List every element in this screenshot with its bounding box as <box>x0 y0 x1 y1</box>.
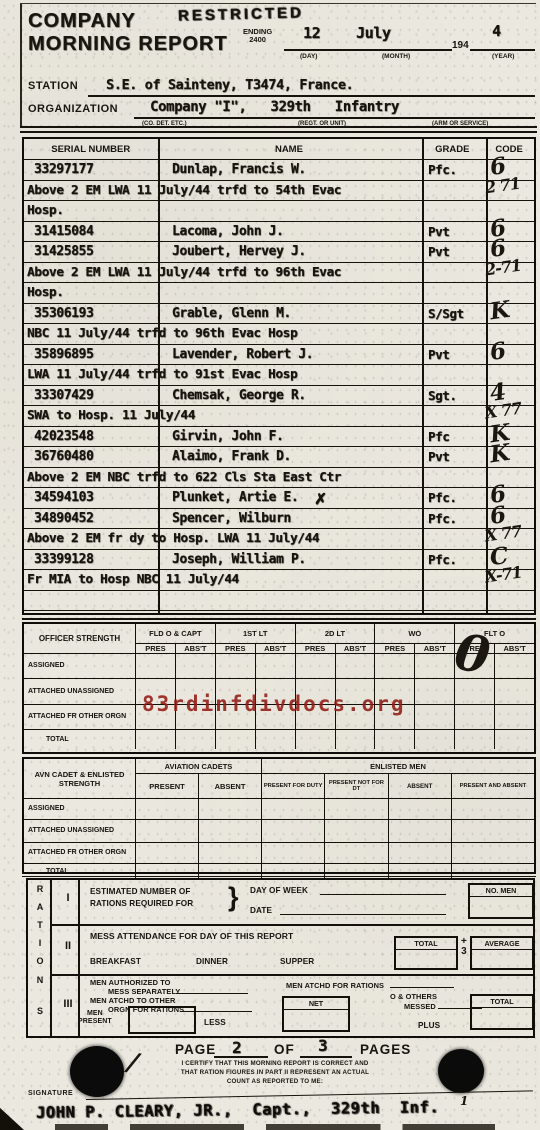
strength-cell <box>136 654 176 678</box>
soldier-name: Plunket, Artie E.✗ <box>172 490 298 505</box>
strength-cell <box>495 730 534 749</box>
pages-label: PAGES <box>360 1042 411 1057</box>
remark-text: Hosp. <box>27 285 64 300</box>
grade-value: Pvt <box>428 347 449 362</box>
officer-total-cells <box>136 730 534 749</box>
morning-report-scan: COMPANY MORNING REPORT RESTRICTED ENDING… <box>0 0 540 1130</box>
soldier-name: Joseph, William P. <box>172 552 306 567</box>
rations-section: RATIONS I II III ESTIMATED NUMBER OF RAT… <box>26 878 535 1038</box>
strength-cell <box>216 730 256 749</box>
rations-numeral-2: II <box>59 940 77 952</box>
grade-value: S/Sgt <box>428 306 464 321</box>
strength-cell <box>199 843 262 863</box>
enlisted-strength-corner-label: AVN CADET & ENLISTED STRENGTH <box>24 759 136 798</box>
enlisted-attached-unassigned-cells <box>136 820 534 842</box>
row-attached-unassigned: ATTACHED UNASSIGNED <box>24 820 136 842</box>
serial-number: 33307429 <box>34 388 93 403</box>
roster-entry-row <box>24 591 534 612</box>
strength-cell <box>455 730 495 749</box>
enlisted-assigned-cells <box>136 799 534 819</box>
station-label: STATION <box>28 80 78 92</box>
roster-header-row: SERIAL NUMBER NAME GRADE CODE <box>24 139 534 160</box>
page-label: PAGE <box>175 1042 216 1057</box>
section-rule-1 <box>22 618 536 620</box>
watermark: 83rdinfdivdocs.org <box>142 692 406 716</box>
men-atchd-rations-line <box>390 978 454 988</box>
row-attached-fr-other: ATTACHED FR OTHER ORGN <box>24 705 136 729</box>
men-present-label: MEN PRESENT <box>78 1010 112 1026</box>
mess-separately-label: MESS SEPARATELY <box>108 987 180 996</box>
strength-cell <box>415 654 455 678</box>
strength-cell <box>296 654 336 678</box>
rations-divider-2 <box>50 974 533 976</box>
day-of-week-label: DAY OF WEEK <box>250 886 308 895</box>
present-word: PRESENT <box>78 1018 112 1025</box>
o-and-others-label: O & OTHERS <box>390 992 437 1001</box>
sub-abst: ABS'T <box>415 644 455 653</box>
sub-pres: PRES <box>296 644 336 653</box>
serial-number: 34890452 <box>34 511 93 526</box>
strength-cell <box>262 843 325 863</box>
rations-numeral-3: III <box>57 998 79 1010</box>
remark-text: Hosp. <box>27 203 64 218</box>
strength-cell <box>375 730 415 749</box>
total-pages: 3 <box>318 1036 327 1055</box>
remark-text: SWA to Hosp. 11 July/44 <box>27 408 195 423</box>
rations-letter: S <box>32 1006 48 1016</box>
serial-number: 33399128 <box>34 552 93 567</box>
row-attached-unassigned: ATTACHED UNASSIGNED <box>24 679 136 704</box>
brace: } <box>228 882 239 913</box>
net-box-label: NET <box>284 998 348 1010</box>
grade-value: Pvt <box>428 224 449 239</box>
strength-cell <box>136 730 176 749</box>
handwritten-code: X-71 <box>484 565 523 586</box>
form-frame-left <box>20 4 22 128</box>
strength-cell <box>452 799 534 819</box>
roster-entry-row: 42023548Girvin, John F.PfcK <box>24 427 534 448</box>
roster-remark-row: Above 2 EM LWA 11 July/44 trfd to 54th E… <box>24 181 534 202</box>
strength-cell <box>495 679 534 704</box>
year-value: 4 <box>492 22 501 40</box>
strength-cell <box>495 654 534 678</box>
net-box: NET <box>282 996 350 1032</box>
group-1st-lt: 1ST LT <box>216 624 296 643</box>
soldier-name: Dunlap, Francis W. <box>172 162 306 177</box>
remark-text: Fr MIA to Hosp NBC 11 July/44 <box>27 572 239 587</box>
men-present-box <box>128 1006 196 1034</box>
rations-letter: O <box>32 956 48 966</box>
strength-cell <box>415 679 455 704</box>
rations-estimated-line1: ESTIMATED NUMBER OF <box>90 887 190 896</box>
roster-remark-row: Hosp. <box>24 201 534 222</box>
year-underline <box>470 30 535 51</box>
handwritten-code: K <box>488 297 511 323</box>
serial-number: 36760480 <box>34 449 93 464</box>
rations-numeral-1: I <box>61 892 75 904</box>
strength-cell <box>495 705 534 729</box>
sub-av-present: PRESENT <box>136 774 199 798</box>
mess-separately-line <box>176 984 248 994</box>
rations-letter: N <box>32 975 48 985</box>
handwritten-code: 2 71 <box>484 175 521 196</box>
roster-body: 33297177Dunlap, Francis W.Pfc.6Above 2 E… <box>24 160 534 611</box>
strength-cell <box>216 654 256 678</box>
sub-av-absent: ABSENT <box>199 774 262 798</box>
sub-en-present-and-absent: PRESENT AND ABSENT <box>452 774 534 798</box>
remark-text: LWA 11 July/44 trfd to 91st Evac Hosp <box>27 367 297 382</box>
less-label: LESS <box>204 1018 226 1027</box>
messed-label: MESSED <box>404 1002 436 1011</box>
soldier-name: Chemsak, George R. <box>172 388 306 403</box>
sub-abst: ABS'T <box>336 644 376 653</box>
certification-line-1: I CERTIFY THAT THIS MORNING REPORT IS CO… <box>135 1060 415 1067</box>
header-rule-1 <box>20 126 537 128</box>
roster-remark-row: Fr MIA to Hosp NBC 11 July/44X-71 <box>24 570 534 591</box>
no-men-box: NO. MEN <box>468 883 534 919</box>
meal-supper: SUPPER <box>280 957 314 966</box>
group-aviation-cadets: AVIATION CADETS <box>136 759 262 773</box>
rations-letter: T <box>32 920 48 930</box>
mess-total-box-label: TOTAL <box>396 938 456 950</box>
strength-cell <box>136 799 199 819</box>
group-2d-lt: 2D LT <box>296 624 376 643</box>
grade-value: Pfc. <box>428 162 457 177</box>
strength-cell <box>199 820 262 842</box>
soldier-name: Girvin, John F. <box>172 429 283 444</box>
of-label: OF <box>274 1042 295 1057</box>
day-value: 12 <box>303 24 320 42</box>
group-enlisted-men: ENLISTED MEN <box>262 759 534 773</box>
strength-cell <box>452 843 534 863</box>
bottom-smudge-bar <box>55 1124 495 1130</box>
strength-cell <box>256 654 296 678</box>
rations-total-box-label: TOTAL <box>472 996 532 1008</box>
section-rule-2 <box>22 876 536 878</box>
strength-cell <box>389 843 452 863</box>
roster-entry-row: 34890452Spencer, WilburnPfc.6 <box>24 509 534 530</box>
form-title-line2: MORNING REPORT <box>28 33 228 56</box>
rations-letter: I <box>32 938 48 948</box>
roster-entry-row: 35896895Lavender, Robert J.Pvt6 <box>24 345 534 366</box>
col-serial-number: SERIAL NUMBER <box>24 144 157 155</box>
group-wo: WO <box>375 624 455 643</box>
page-number: 2 <box>232 1038 241 1057</box>
handwritten-code: K <box>488 441 511 467</box>
rations-strip-divider <box>50 880 52 1036</box>
group-fld-o-capt: FLD O & CAPT <box>136 624 216 643</box>
date-label: DATE <box>250 906 272 915</box>
soldier-name: Lavender, Robert J. <box>172 347 313 362</box>
grade-value: Pfc <box>428 429 449 444</box>
enlisted-strength-table: AVN CADET & ENLISTED STRENGTH AVIATION C… <box>22 757 536 874</box>
strength-cell <box>256 730 296 749</box>
roster-entry-row: 34594103Plunket, Artie E.✗Pfc.6 <box>24 488 534 509</box>
strength-cell <box>375 654 415 678</box>
signature-label: SIGNATURE <box>28 1090 73 1097</box>
day-of-week-line <box>320 882 446 895</box>
roster-entry-row: 31425855Joubert, Hervey J.Pvt6 <box>24 242 534 263</box>
roster-entry-row: 35306193Grable, Glenn M.S/SgtK <box>24 304 534 325</box>
serial-number: 42023548 <box>34 429 93 444</box>
enlisted-attached-other-cells <box>136 843 534 863</box>
roster-remark-row: SWA to Hosp. 11 July/44X 77 <box>24 406 534 427</box>
no-men-box-label: NO. MEN <box>470 885 532 897</box>
organization-value: Company "I", 329th Infantry <box>150 99 399 115</box>
signed-name: JOHN P. CLEARY, JR., Capt., 329th Inf. <box>36 1098 439 1122</box>
strength-cell <box>389 820 452 842</box>
day-sublabel: (DAY) <box>300 53 317 60</box>
strength-cell <box>262 799 325 819</box>
row-assigned: ASSIGNED <box>24 654 136 678</box>
sub-pres: PRES <box>136 644 176 653</box>
men-authorized-label: MEN AUTHORIZED TO <box>90 978 171 987</box>
restricted-stamp: RESTRICTED <box>178 4 304 24</box>
personnel-roster-table: SERIAL NUMBER NAME GRADE CODE 33297177Du… <box>22 137 536 615</box>
serial-number: 33297177 <box>34 162 93 177</box>
roster-remark-row: Above 2 EM NBC trfd to 622 Cls Sta East … <box>24 468 534 489</box>
remark-text: NBC 11 July/44 trfd to 96th Evac Hosp <box>27 326 297 341</box>
mess-total-box: TOTAL <box>394 936 458 970</box>
roster-entry-row: 33399128Joseph, William P.Pfc.C <box>24 550 534 571</box>
average-box: AVERAGE <box>470 936 534 970</box>
remark-text: Above 2 EM LWA 11 July/44 trfd to 96th E… <box>27 265 341 280</box>
plus-label: PLUS <box>418 1021 440 1030</box>
organization-label: ORGANIZATION <box>28 103 118 115</box>
strength-cell <box>176 654 216 678</box>
meal-breakfast: BREAKFAST <box>90 957 141 966</box>
sub-en-absent: ABSENT <box>389 774 452 798</box>
rations-divider-1 <box>50 924 533 926</box>
handwritten-code: 6 <box>488 338 507 363</box>
strength-cell <box>296 730 336 749</box>
divide-number: 3 <box>461 946 467 957</box>
grade-value: Pfc. <box>428 511 457 526</box>
strength-cell <box>136 820 199 842</box>
sub-abst: ABS'T <box>256 644 296 653</box>
strength-cell <box>455 705 495 729</box>
handwritten-code: 2-71 <box>484 257 522 278</box>
rations-letter: A <box>32 902 48 912</box>
sub-en-present-not: PRESENT NOT FOR DT <box>325 774 388 798</box>
roster-remark-row: NBC 11 July/44 trfd to 96th Evac Hosp <box>24 324 534 345</box>
serial-number: 34594103 <box>34 490 93 505</box>
row-attached-fr-other: ATTACHED FR OTHER ORGN <box>24 843 136 863</box>
station-value: S.E. of Sainteny, T3474, France. <box>106 77 353 93</box>
roster-entry-row: 36760480Alaimo, Frank D.PvtK <box>24 447 534 468</box>
roster-entry-row: 31415084Lacoma, John J.Pvt6 <box>24 222 534 243</box>
strength-cell <box>389 799 452 819</box>
strength-cell <box>336 730 376 749</box>
strength-cell <box>415 730 455 749</box>
strength-cell <box>199 799 262 819</box>
strength-cell <box>415 705 455 729</box>
rations-estimated-line2: RATIONS REQUIRED FOR <box>90 899 193 908</box>
sub-pres: PRES <box>216 644 256 653</box>
divide-by-three: + 3 <box>461 937 467 957</box>
month-value: July <box>356 24 391 42</box>
date-line <box>280 902 446 915</box>
roster-entry-row: 33297177Dunlap, Francis W.Pfc.6 <box>24 160 534 181</box>
rations-letter: R <box>32 884 48 894</box>
remark-text: Above 2 EM NBC trfd to 622 Cls Sta East … <box>27 470 341 485</box>
officer-strength-corner-label: OFFICER STRENGTH <box>24 624 136 653</box>
grade-value: Pfc. <box>428 490 457 505</box>
men-atchd-other-label: MEN ATCHD TO OTHER <box>90 996 175 1005</box>
serial-number: 35896895 <box>34 347 93 362</box>
roster-remark-row: Hosp. <box>24 283 534 304</box>
strength-cell <box>262 820 325 842</box>
roster-entry-row: 33307429Chemsak, George R.Sgt.4 <box>24 386 534 407</box>
strength-cell <box>136 843 199 863</box>
men-atchd-rations-label: MEN ATCHD FOR RATIONS <box>286 981 384 990</box>
handwritten-one: 1 <box>460 1094 468 1108</box>
sub-abst: ABS'T <box>176 644 216 653</box>
mess-attendance-title: MESS ATTENDANCE FOR DAY OF THIS REPORT <box>90 931 293 941</box>
certification-line-2: THAT RATION FIGURES IN PART II REPRESENT… <box>135 1069 415 1076</box>
soldier-name: Spencer, Wilburn <box>172 511 291 526</box>
row-assigned: ASSIGNED <box>24 799 136 819</box>
soldier-name: Alaimo, Frank D. <box>172 449 291 464</box>
form-title-line1: COMPANY <box>28 10 136 33</box>
roster-remark-row: Above 2 EM fr dy to Hosp. LWA 11 July/44… <box>24 529 534 550</box>
remark-text: Above 2 EM fr dy to Hosp. LWA 11 July/44 <box>27 531 319 546</box>
ending-2400: 2400 <box>249 35 266 44</box>
sub-pres: PRES <box>375 644 415 653</box>
month-sublabel: (MONTH) <box>382 53 410 60</box>
soldier-name: Grable, Glenn M. <box>172 306 291 321</box>
remark-text: Above 2 EM LWA 11 July/44 trfd to 54th E… <box>27 183 341 198</box>
roster-remark-row: Above 2 EM LWA 11 July/44 trfd to 96th E… <box>24 263 534 284</box>
strength-cell <box>325 843 388 863</box>
strength-cell <box>336 654 376 678</box>
header-rule-2 <box>20 131 537 133</box>
grade-value: Pvt <box>428 244 449 259</box>
strength-cell <box>325 820 388 842</box>
men-word: MEN <box>87 1010 103 1017</box>
strength-cell <box>325 799 388 819</box>
strength-cell <box>452 820 534 842</box>
strength-cell <box>176 730 216 749</box>
average-box-label: AVERAGE <box>472 938 532 950</box>
serial-number: 31425855 <box>34 244 93 259</box>
handwritten-x-mark: ✗ <box>314 490 326 508</box>
sub-en-present-duty: PRESENT FOR DUTY <box>262 774 325 798</box>
grade-value: Pfc. <box>428 552 457 567</box>
sub-abst: ABS'T <box>495 644 534 653</box>
meal-dinner: DINNER <box>196 957 228 966</box>
grade-value: Pvt <box>428 449 449 464</box>
serial-number: 31415084 <box>34 224 93 239</box>
col-name: NAME <box>157 144 420 155</box>
serial-number: 35306193 <box>34 306 93 321</box>
ending-label: ENDING 2400 <box>243 28 272 44</box>
year-sublabel: (YEAR) <box>492 53 514 60</box>
roster-remark-row: LWA 11 July/44 trfd to 91st Evac Hosp <box>24 365 534 386</box>
grade-value: Sgt. <box>428 388 457 403</box>
soldier-name: Lacoma, John J. <box>172 224 283 239</box>
col-grade: GRADE <box>420 144 484 155</box>
rations-total-box: TOTAL <box>470 994 534 1030</box>
year-prefix: 194 <box>452 40 469 51</box>
row-total: TOTAL <box>24 730 136 749</box>
soldier-name: Joubert, Hervey J. <box>172 244 306 259</box>
bottom-left-smudge <box>0 1096 24 1130</box>
